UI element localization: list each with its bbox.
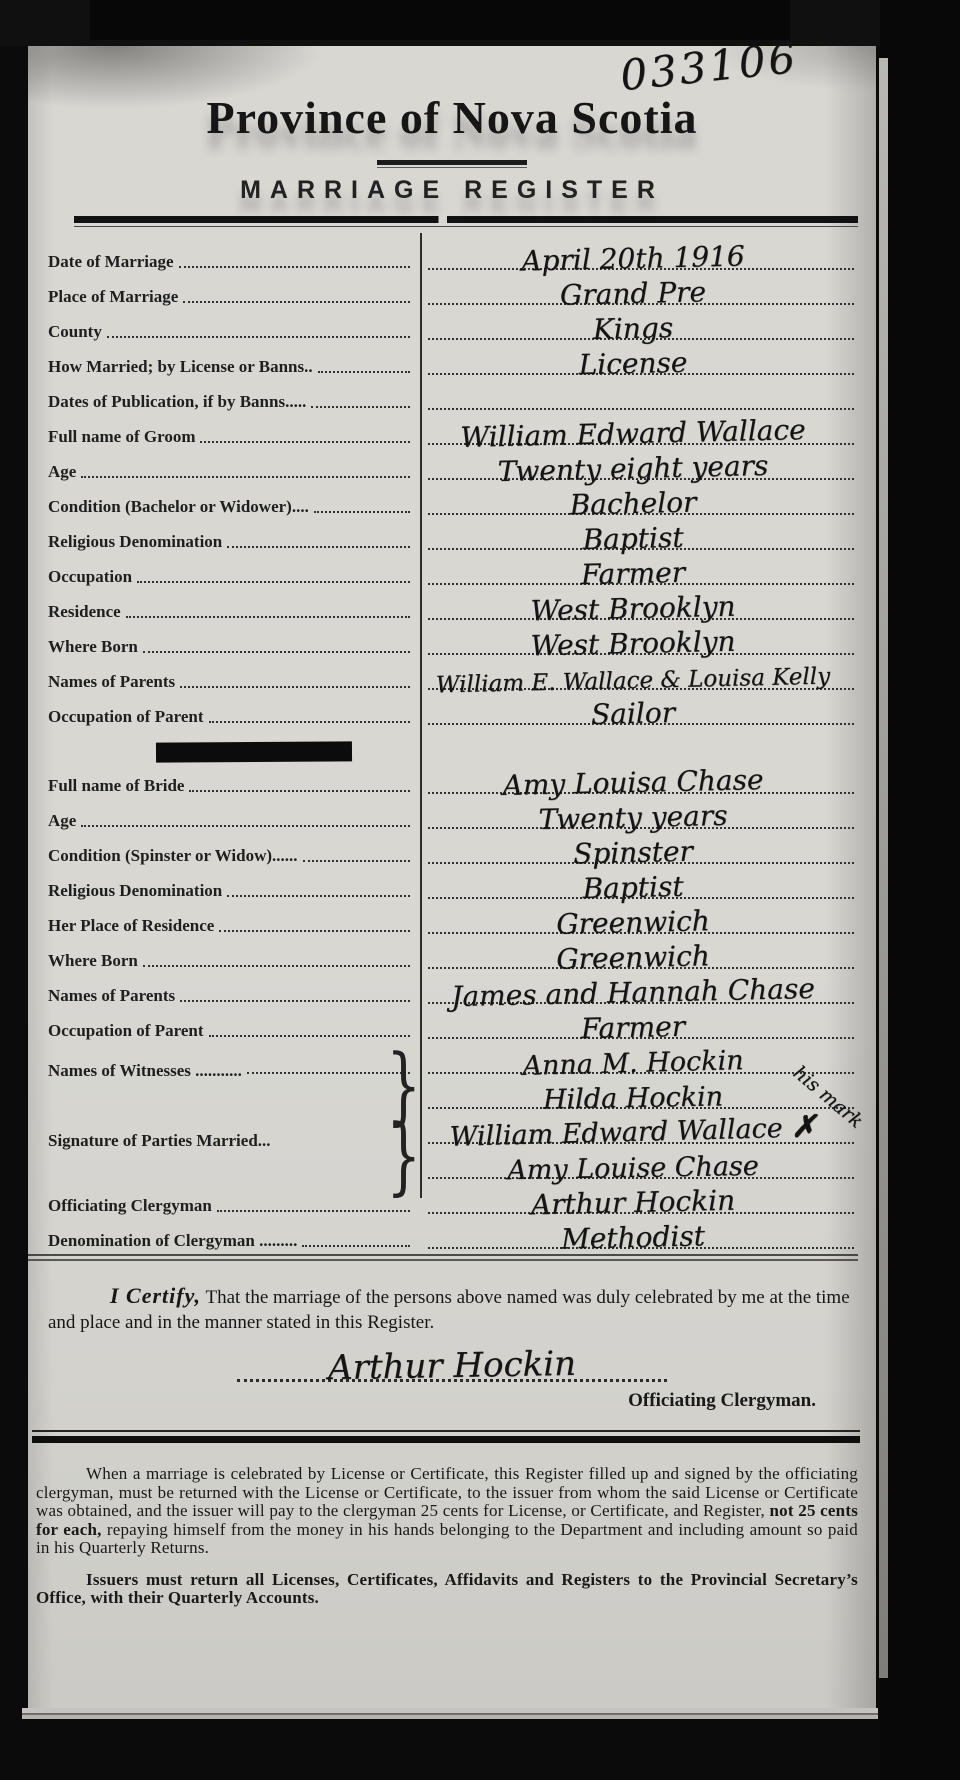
certification-text: I Certify, That the marriage of the pers… bbox=[48, 1283, 854, 1335]
field-value-cell: William Edward Wallace ✗ his mark Amy Lo… bbox=[420, 1114, 866, 1184]
field-label-cell: Condition (Spinster or Widow)...... bbox=[28, 834, 420, 869]
parties-signature-row: Signature of Parties Married... } Willia… bbox=[28, 1114, 866, 1184]
bride-signature: Amy Louise Chase bbox=[420, 1151, 846, 1185]
register-row: Condition (Bachelor or Widower).... Bach… bbox=[28, 485, 866, 520]
dotted-leader bbox=[200, 441, 410, 443]
field-value-cell: Twenty eight years bbox=[420, 450, 866, 485]
scanner-background-right bbox=[880, 0, 960, 1780]
register-row: Dates of Publication, if by Banns..... bbox=[28, 380, 866, 415]
field-label-cell: Condition (Bachelor or Widower).... bbox=[28, 485, 420, 520]
field-value-cell: License bbox=[420, 345, 866, 380]
brace-glyph: } bbox=[386, 1120, 421, 1190]
field-label-cell: Occupation of Parent bbox=[28, 695, 420, 730]
handwritten-value: Methodist bbox=[420, 1219, 847, 1257]
scanner-background-top bbox=[90, 0, 790, 40]
dotted-leader bbox=[143, 965, 410, 967]
footer-divider bbox=[32, 1430, 860, 1443]
field-value-cell: West Brooklyn bbox=[420, 625, 866, 660]
field-label: Officiating Clergyman bbox=[48, 1196, 212, 1216]
witnesses-row: Names of Witnesses ........... } Anna M.… bbox=[28, 1044, 866, 1114]
field-value-cell: Baptist bbox=[420, 520, 866, 555]
field-label: Where Born bbox=[48, 951, 138, 971]
handwritten-value: West Brooklyn bbox=[420, 590, 847, 628]
dotted-leader bbox=[183, 301, 410, 303]
handwritten-value: Bachelor bbox=[420, 485, 847, 523]
dotted-leader bbox=[107, 336, 410, 338]
field-value-cell: William Edward Wallace bbox=[420, 415, 866, 450]
page-title: Province of Nova Scotia bbox=[28, 92, 876, 144]
page-stack-edges bbox=[22, 1708, 878, 1722]
field-label: Occupation of Parent bbox=[48, 707, 204, 727]
clergyman-signature-line: Arthur Hockin bbox=[237, 1339, 667, 1382]
dotted-leader bbox=[180, 686, 410, 688]
field-label-cell: Religious Denomination bbox=[28, 520, 420, 555]
dotted-leader bbox=[314, 511, 410, 513]
register-row: Place of Marriage Grand Pre bbox=[28, 275, 866, 310]
dotted-leader bbox=[209, 721, 410, 723]
field-label: Occupation of Parent bbox=[48, 1021, 204, 1041]
handwritten-value: Baptist bbox=[420, 520, 847, 558]
handwritten-value: Sailor bbox=[420, 695, 847, 733]
field-value-cell: William E. Wallace & Louisa Kelly bbox=[420, 660, 866, 695]
field-value-cell: Kings bbox=[420, 310, 866, 345]
table-bottom-rule bbox=[28, 1254, 858, 1261]
handwritten-value: William E. Wallace & Louisa Kelly bbox=[420, 665, 846, 698]
field-label-cell: County bbox=[28, 310, 420, 345]
field-label: Denomination of Clergyman ......... bbox=[48, 1231, 297, 1251]
field-label-cell: Names of Parents bbox=[28, 660, 420, 695]
field-label-cell: Full name of Bride bbox=[28, 764, 420, 799]
dotted-leader bbox=[179, 266, 410, 268]
register-row: Occupation of Parent Farmer bbox=[28, 1009, 866, 1044]
field-label: Her Place of Residence bbox=[48, 916, 214, 936]
field-label-cell: Where Born bbox=[28, 625, 420, 660]
register-row: Date of Marriage April 20th 1916 bbox=[28, 240, 866, 275]
handwritten-value: Amy Louisa Chase bbox=[420, 764, 847, 802]
register-row: County Kings bbox=[28, 310, 866, 345]
handwritten-value: Baptist bbox=[420, 869, 847, 907]
dotted-leader bbox=[209, 1035, 410, 1037]
field-label-cell: Residence bbox=[28, 590, 420, 625]
dotted-leader bbox=[227, 895, 410, 897]
register-row: Officiating Clergyman Arthur Hockin bbox=[28, 1184, 866, 1219]
clergyman-signature: Arthur Hockin bbox=[237, 1345, 668, 1386]
dotted-leader bbox=[217, 1210, 410, 1212]
register-row: Names of Parents James and Hannah Chase bbox=[28, 974, 866, 1009]
field-label-cell: Officiating Clergyman bbox=[28, 1184, 420, 1219]
field-label-cell: How Married; by License or Banns.. bbox=[28, 345, 420, 380]
field-value-cell: Sailor bbox=[420, 695, 866, 730]
handwritten-value: Twenty years bbox=[420, 799, 847, 837]
handwritten-value: James and Hannah Chase bbox=[420, 974, 847, 1012]
field-value-cell: Greenwich bbox=[420, 904, 866, 939]
field-value-cell bbox=[420, 380, 866, 415]
dotted-leader bbox=[137, 581, 410, 583]
register-row: Full name of Bride Amy Louisa Chase bbox=[28, 764, 866, 799]
field-label: Occupation bbox=[48, 567, 132, 587]
issuers-notice: Issuers must return all Licenses, Certif… bbox=[36, 1571, 858, 1608]
field-label-cell: Denomination of Clergyman ......... bbox=[28, 1219, 420, 1254]
field-value-cell: Greenwich bbox=[420, 939, 866, 974]
certify-lead: I Certify, bbox=[110, 1283, 201, 1308]
field-label: Age bbox=[48, 462, 76, 482]
title-divider bbox=[377, 160, 527, 168]
field-label: Religious Denomination bbox=[48, 532, 222, 552]
dotted-leader bbox=[302, 1245, 410, 1247]
field-label: Religious Denomination bbox=[48, 881, 222, 901]
field-label-cell: Place of Marriage bbox=[28, 275, 420, 310]
field-value-cell: Spinster bbox=[420, 834, 866, 869]
handwritten-value: Twenty eight years bbox=[420, 450, 847, 488]
field-label: Dates of Publication, if by Banns..... bbox=[48, 392, 306, 412]
dotted-leader bbox=[126, 616, 410, 618]
dotted-leader bbox=[81, 825, 410, 827]
register-row: Where Born West Brooklyn bbox=[28, 625, 866, 660]
field-label: Full name of Bride bbox=[48, 776, 184, 796]
field-value-cell: Twenty years bbox=[420, 799, 866, 834]
his-mark-x: ✗ bbox=[791, 1109, 817, 1145]
field-value-cell: Amy Louisa Chase bbox=[420, 764, 866, 799]
field-label: Signature of Parties Married... bbox=[48, 1131, 271, 1151]
field-label-cell: Names of Witnesses ........... } bbox=[28, 1044, 420, 1114]
field-label: Condition (Bachelor or Widower).... bbox=[48, 497, 309, 517]
field-label: Names of Parents bbox=[48, 986, 175, 1006]
dotted-leader bbox=[219, 930, 410, 932]
field-label: How Married; by License or Banns.. bbox=[48, 357, 313, 377]
field-label-cell: Where Born bbox=[28, 939, 420, 974]
field-label-cell: Names of Parents bbox=[28, 974, 420, 1009]
field-label: Where Born bbox=[48, 637, 138, 657]
handwritten-value: Kings bbox=[420, 310, 847, 348]
handwritten-value: Greenwich bbox=[420, 939, 847, 977]
field-value-cell: Bachelor bbox=[420, 485, 866, 520]
license-notice: When a marriage is celebrated by License… bbox=[36, 1465, 858, 1558]
field-label: Names of Witnesses ........... bbox=[48, 1061, 242, 1081]
field-label-cell: Age bbox=[28, 450, 420, 485]
handwritten-value: Spinster bbox=[420, 834, 847, 872]
field-label-cell: Dates of Publication, if by Banns..... bbox=[28, 380, 420, 415]
field-value-cell: Farmer bbox=[420, 555, 866, 590]
register-row: Religious Denomination Baptist bbox=[28, 869, 866, 904]
field-value-cell: Methodist bbox=[420, 1219, 866, 1254]
field-label-cell: Signature of Parties Married... } bbox=[28, 1114, 420, 1184]
register-row: Age Twenty years bbox=[28, 799, 866, 834]
dotted-leader bbox=[189, 790, 410, 792]
dotted-leader bbox=[143, 651, 410, 653]
field-label: Age bbox=[48, 811, 76, 831]
field-label: Place of Marriage bbox=[48, 287, 178, 307]
field-value-cell: April 20th 1916 bbox=[420, 240, 866, 275]
field-label-cell: Date of Marriage bbox=[28, 240, 420, 275]
register-row: Full name of Groom William Edward Wallac… bbox=[28, 415, 866, 450]
bride-section: Full name of Bride Amy Louisa Chase Age … bbox=[28, 764, 866, 1044]
field-value-cell: Baptist bbox=[420, 869, 866, 904]
register-row: How Married; by License or Banns.. Licen… bbox=[28, 345, 866, 380]
handwritten-value: Farmer bbox=[420, 555, 847, 593]
field-label: County bbox=[48, 322, 102, 342]
register-heading: MARRIAGE REGISTER bbox=[28, 176, 876, 204]
field-label-cell: Occupation bbox=[28, 555, 420, 590]
field-value-cell: West Brooklyn bbox=[420, 590, 866, 625]
register-row: Where Born Greenwich bbox=[28, 939, 866, 974]
field-value-cell: Grand Pre bbox=[420, 275, 866, 310]
dotted-leader bbox=[81, 476, 410, 478]
field-label-cell: Occupation of Parent bbox=[28, 1009, 420, 1044]
field-label: Date of Marriage bbox=[48, 252, 174, 272]
register-table: Date of Marriage April 20th 1916 Place o… bbox=[28, 227, 866, 1254]
handwritten-value: Arthur Hockin bbox=[420, 1184, 847, 1222]
handwritten-value: April 20th 1916 bbox=[420, 240, 847, 278]
field-value-cell: Arthur Hockin bbox=[420, 1184, 866, 1219]
signature-caption: Officiating Clergyman. bbox=[28, 1390, 816, 1412]
register-row: Religious Denomination Baptist bbox=[28, 520, 866, 555]
section-break bbox=[28, 730, 866, 764]
field-label: Condition (Spinster or Widow)...... bbox=[48, 846, 298, 866]
register-row: Residence West Brooklyn bbox=[28, 590, 866, 625]
register-row: Her Place of Residence Greenwich bbox=[28, 904, 866, 939]
dotted-leader bbox=[303, 860, 410, 862]
register-row: Names of Parents William E. Wallace & Lo… bbox=[28, 660, 866, 695]
field-value-cell: James and Hannah Chase bbox=[420, 974, 866, 1009]
clergy-section: Officiating Clergyman Arthur Hockin Deno… bbox=[28, 1184, 866, 1254]
dotted-leader bbox=[318, 371, 410, 373]
dotted-leader bbox=[311, 406, 410, 408]
field-label-cell: Full name of Groom bbox=[28, 415, 420, 450]
field-label: Names of Parents bbox=[48, 672, 175, 692]
field-label-cell: Religious Denomination bbox=[28, 869, 420, 904]
handwritten-value: Greenwich bbox=[420, 904, 847, 942]
field-label: Residence bbox=[48, 602, 121, 622]
groom-section: Date of Marriage April 20th 1916 Place o… bbox=[28, 227, 866, 730]
handwritten-value: License bbox=[420, 345, 847, 383]
register-row: Occupation of Parent Sailor bbox=[28, 695, 866, 730]
handwritten-value: Grand Pre bbox=[420, 275, 847, 313]
register-row: Occupation Farmer bbox=[28, 555, 866, 590]
handwritten-value: West Brooklyn bbox=[420, 625, 847, 663]
register-row: Denomination of Clergyman ......... Meth… bbox=[28, 1219, 866, 1254]
dotted-entry-line bbox=[428, 408, 854, 410]
handwritten-value: William Edward Wallace bbox=[420, 415, 847, 453]
serial-number: 033106 bbox=[618, 33, 800, 100]
dotted-leader bbox=[227, 546, 410, 548]
witness-signature-2: Hilda Hockin bbox=[420, 1081, 846, 1115]
register-row: Age Twenty eight years bbox=[28, 450, 866, 485]
groom-signature: William Edward Wallace ✗ bbox=[420, 1111, 847, 1152]
dotted-leader bbox=[180, 1000, 410, 1002]
witness-signature-1: Anna M. Hockin bbox=[420, 1044, 847, 1082]
handwritten-value: Farmer bbox=[420, 1009, 847, 1047]
field-label-cell: Age bbox=[28, 799, 420, 834]
table-top-rule bbox=[74, 216, 858, 223]
redaction-bar bbox=[156, 741, 352, 762]
field-label-cell: Her Place of Residence bbox=[28, 904, 420, 939]
field-label: Full name of Groom bbox=[48, 427, 195, 447]
document-page: 033106 Province of Nova Scotia MARRIAGE … bbox=[28, 46, 876, 1708]
field-value-cell: Farmer bbox=[420, 1009, 866, 1044]
register-row: Condition (Spinster or Widow)...... Spin… bbox=[28, 834, 866, 869]
